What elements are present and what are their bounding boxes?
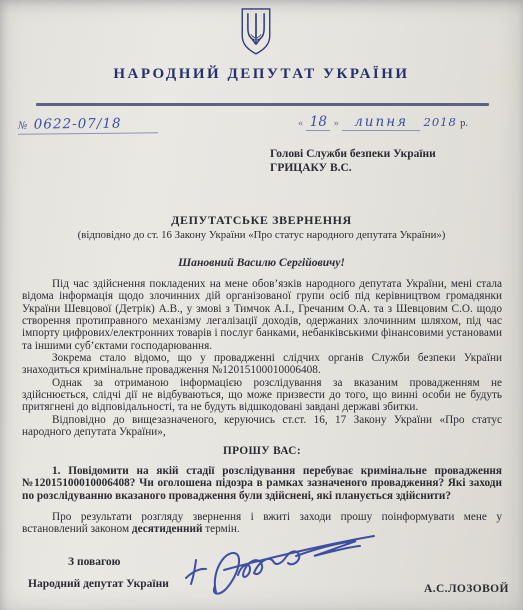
- header-divider-rule: [36, 103, 489, 106]
- letterhead-title: НАРОДНИЙ ДЕПУТАТ УКРАЇНИ: [0, 66, 523, 83]
- letter-document: НАРОДНИЙ ДЕПУТАТ УКРАЇНИ № 0622-07/18 « …: [0, 0, 523, 610]
- date-line: « 18 » липня 2018 р.: [298, 114, 468, 131]
- request-item-1: 1. Повідомити на якій стадії розслідуван…: [22, 465, 502, 502]
- letter-body: Під час здійснення покладених на мене об…: [22, 278, 502, 536]
- year-suffix: р.: [460, 118, 468, 129]
- handwritten-signature: [178, 528, 388, 608]
- addressee-line1: Голові Служби безпеки України: [270, 147, 500, 161]
- close-quote: »: [334, 118, 339, 129]
- number-sign: №: [18, 121, 29, 132]
- document-subtitle: (відповідно до ст. 16 Закону України «Пр…: [0, 229, 523, 241]
- ukraine-trident-emblem-icon: [237, 7, 275, 57]
- valediction: З повагою: [68, 556, 120, 568]
- request-heading: ПРОШУ ВАС:: [22, 445, 502, 457]
- addressee-line2: ГРИЦАКУ В.С.: [270, 161, 500, 175]
- date-year: 2018: [424, 115, 457, 129]
- signer-name: А.С.ЛОЗОВОЙ: [424, 583, 509, 595]
- body-paragraph-1: Під час здійснення покладених на мене об…: [22, 278, 502, 352]
- date-day: 18: [306, 114, 330, 131]
- outgoing-number: № 0622-07/18: [18, 115, 158, 134]
- addressee-block: Голові Служби безпеки України ГРИЦАКУ В.…: [270, 147, 500, 175]
- body-paragraph-3: Однак за отриманою інформацією розслідув…: [22, 377, 502, 414]
- date-month: липня: [342, 114, 420, 131]
- open-quote: «: [298, 118, 303, 129]
- body-paragraph-2: Зокрема стало відомо, що у провадженні с…: [22, 352, 502, 377]
- outgoing-number-value: 0622-07/18: [34, 116, 122, 133]
- signer-title: Народний депутат України: [28, 578, 169, 590]
- salutation: Шановний Василю Сергійовичу!: [0, 256, 523, 269]
- body-paragraph-4: Відповідно до вищезазначеного, керуючись…: [22, 414, 502, 439]
- document-title: ДЕПУТАТСЬКЕ ЗВЕРНЕННЯ: [0, 213, 523, 228]
